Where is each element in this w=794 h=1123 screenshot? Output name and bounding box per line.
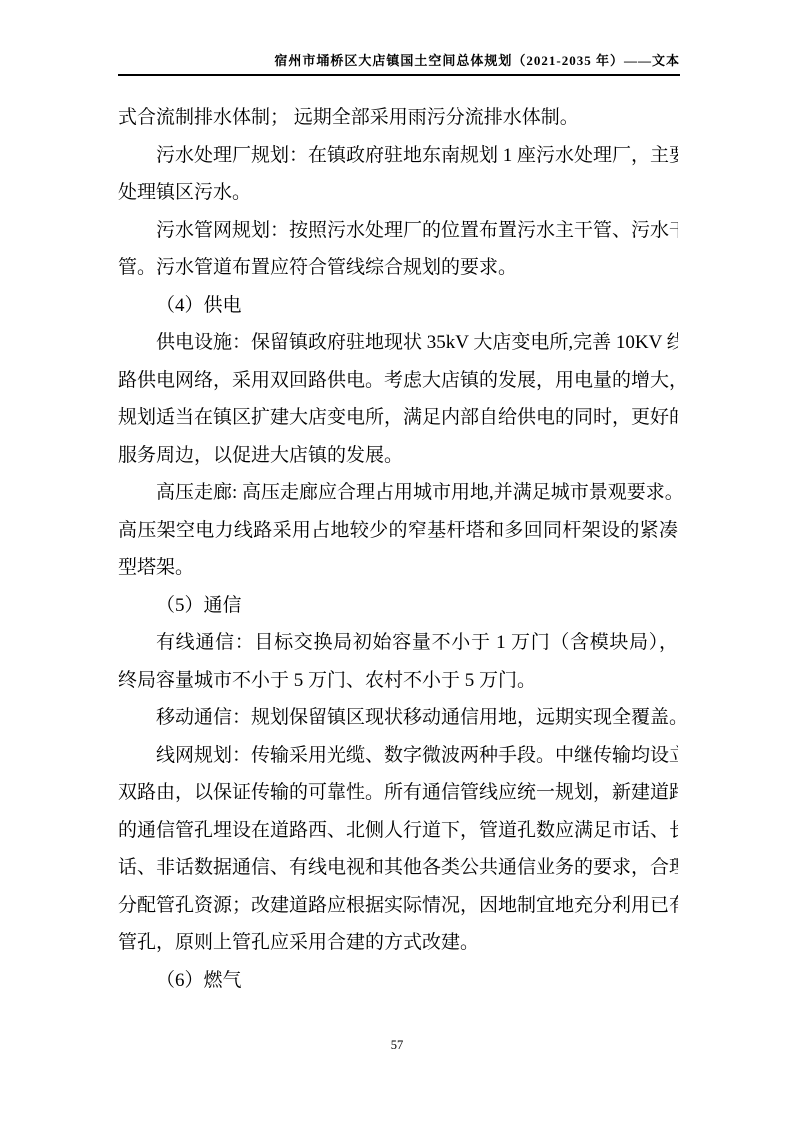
- header-title: 宿州市埇桥区大店镇国土空间总体规划（2021-2035 年）——文本: [274, 53, 680, 68]
- body-text-line: 供电设施：保留镇政府驻地现状 35kV 大店变电所,完善 10KV 线: [118, 324, 678, 362]
- body-text-line: 规划适当在镇区扩建大店变电所，满足内部自给供电的同时，更好的: [118, 399, 678, 437]
- page-footer: 57: [0, 1036, 794, 1054]
- body-text-line: 式合流制排水体制； 远期全部采用雨污分流排水体制。: [118, 99, 678, 137]
- body-text-line: 高压架空电力线路采用占地较少的窄基杆塔和多回同杆架设的紧凑: [118, 512, 678, 550]
- body-text-line: 管孔，原则上管孔应采用合建的方式改建。: [118, 924, 678, 962]
- body-text-line: 话、非话数据通信、有线电视和其他各类公共通信业务的要求，合理: [118, 849, 678, 887]
- body-text-line: （6）燃气: [118, 962, 678, 1000]
- body-text-line: （4）供电: [118, 287, 678, 325]
- body-text-line: 线网规划：传输采用光缆、数字微波两种手段。中继传输均设立: [118, 737, 678, 775]
- body-text-line: 移动通信：规划保留镇区现状移动通信用地，远期实现全覆盖。: [118, 699, 678, 737]
- body-text-line: 污水管网规划：按照污水处理厂的位置布置污水主干管、污水干: [118, 212, 678, 250]
- body-text-line: （5）通信: [118, 587, 678, 625]
- body-text-line: 的通信管孔埋设在道路西、北侧人行道下，管道孔数应满足市话、长: [118, 812, 678, 850]
- document-page: 宿州市埇桥区大店镇国土空间总体规划（2021-2035 年）——文本 式合流制排…: [0, 0, 794, 1123]
- page-header: 宿州市埇桥区大店镇国土空间总体规划（2021-2035 年）——文本: [118, 50, 680, 76]
- body-text-line: 双路由，以保证传输的可靠性。所有通信管线应统一规划，新建道路: [118, 774, 678, 812]
- body-text-line: 污水处理厂规划：在镇政府驻地东南规划 1 座污水处理厂，主要: [118, 137, 678, 175]
- body-text-line: 终局容量城市不小于 5 万门、农村不小于 5 万门。: [118, 662, 678, 700]
- body-text-line: 路供电网络，采用双回路供电。考虑大店镇的发展，用电量的增大，: [118, 362, 678, 400]
- body-text-line: 管。污水管道布置应符合管线综合规划的要求。: [118, 249, 678, 287]
- body-text-line: 有线通信：目标交换局初始容量不小于 1 万门（含模块局），: [118, 624, 678, 662]
- body-text-line: 型塔架。: [118, 549, 678, 587]
- document-body: 式合流制排水体制； 远期全部采用雨污分流排水体制。污水处理厂规划：在镇政府驻地东…: [118, 99, 678, 999]
- page-number: 57: [391, 1038, 404, 1052]
- body-text-line: 服务周边，以促进大店镇的发展。: [118, 437, 678, 475]
- body-text-line: 处理镇区污水。: [118, 174, 678, 212]
- body-text-line: 高压走廊: 高压走廊应合理占用城市用地,并满足城市景观要求。: [118, 474, 678, 512]
- body-text-line: 分配管孔资源；改建道路应根据实际情况，因地制宜地充分利用已有: [118, 887, 678, 925]
